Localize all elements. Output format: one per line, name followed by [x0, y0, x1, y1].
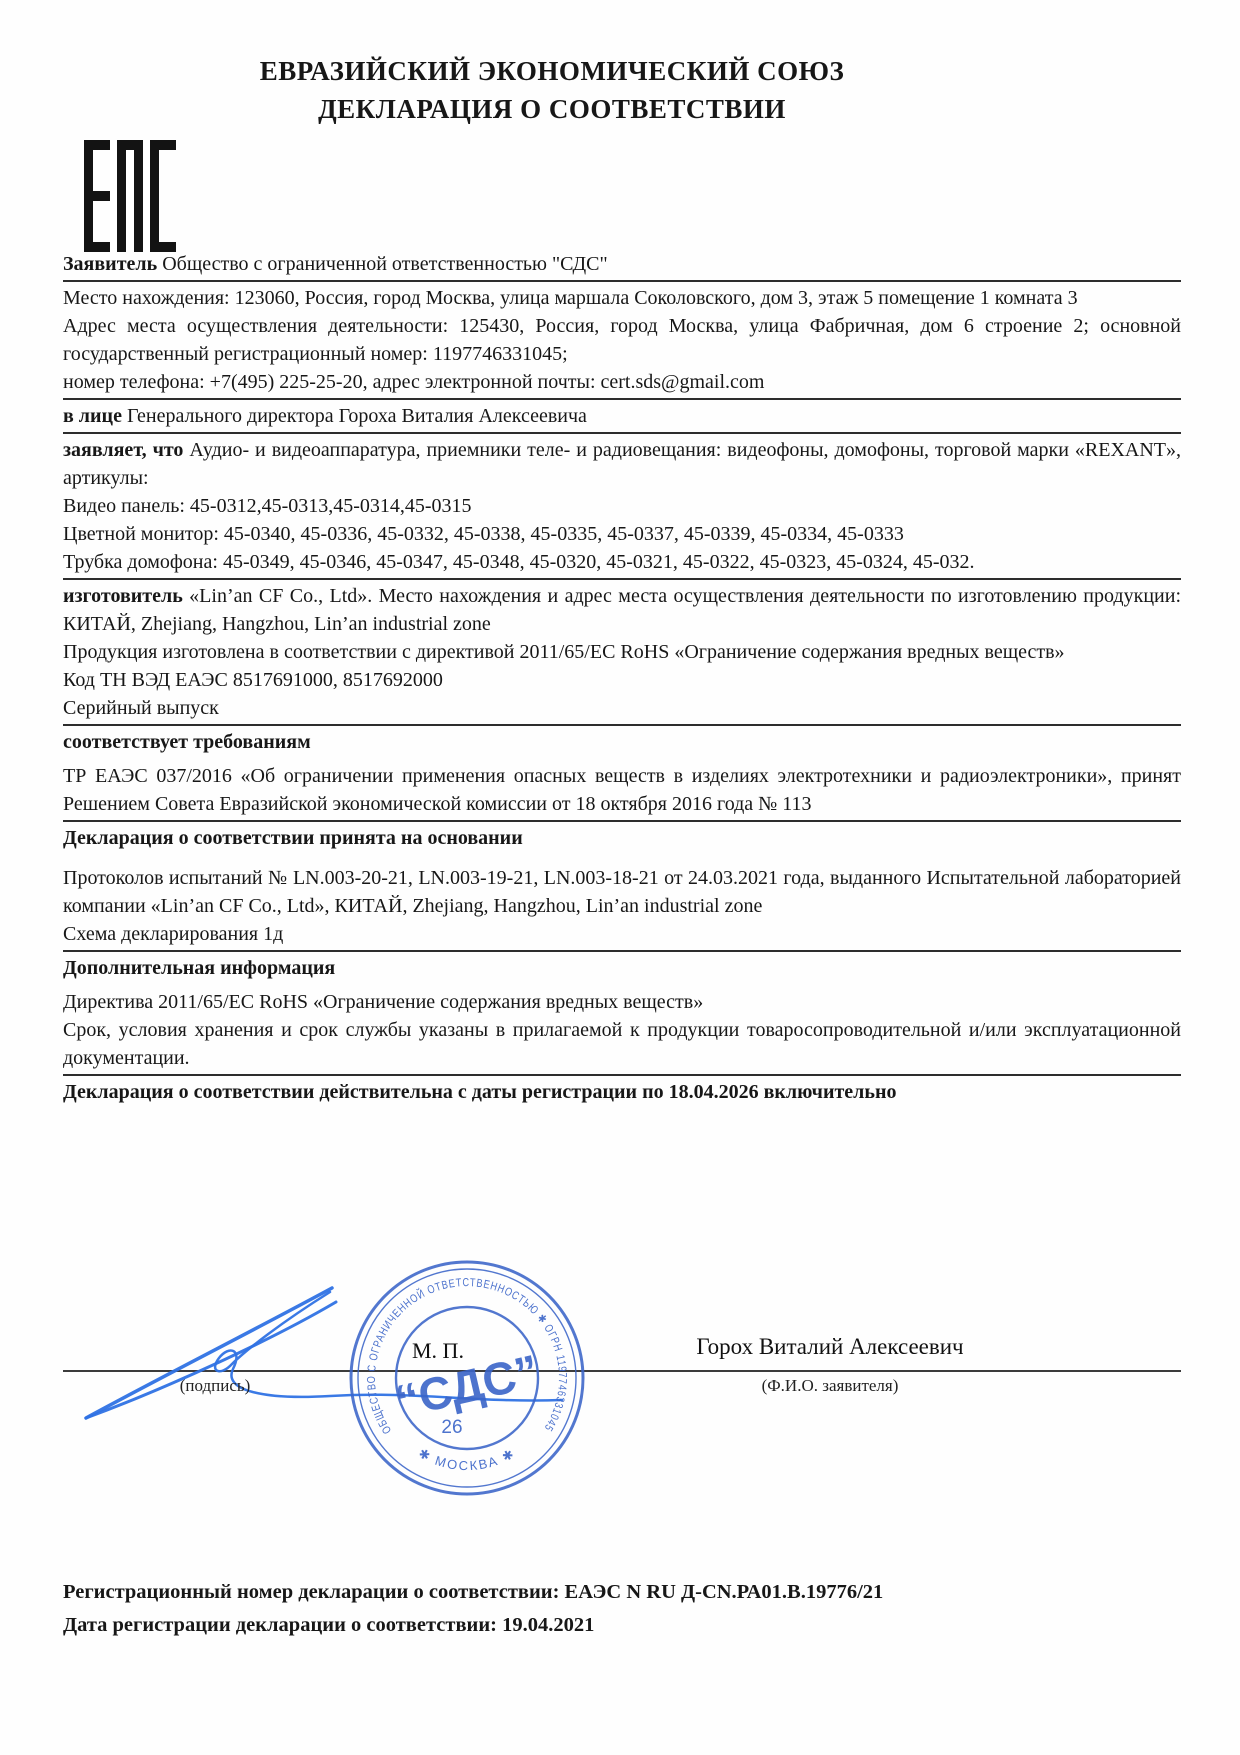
compliance-header: соответствует требованиям — [63, 728, 1181, 756]
location-block: Место нахождения: 123060, Россия, город … — [63, 284, 1181, 396]
representative-row: в лице Генерального директора Гороха Вит… — [63, 402, 1181, 430]
declaration-scheme-line: Схема декларирования 1д — [63, 920, 1181, 948]
applicant-full-name: Горох Виталий Алексеевич — [620, 1334, 1040, 1360]
representative-label: в лице — [63, 405, 122, 427]
articles-color-monitor: Цветной монитор: 45-0340, 45-0336, 45-03… — [63, 520, 1181, 548]
representative-value: Генерального директора Гороха Виталия Ал… — [127, 405, 587, 427]
rohs-directive-line: Директива 2011/65/EC RoHS «Ограничение с… — [63, 988, 1181, 1016]
section-divider — [63, 1074, 1181, 1076]
phone-email-line: номер телефона: +7(495) 225-25-20, адрес… — [63, 368, 1181, 396]
stamp-place-label: М. П. — [412, 1338, 464, 1364]
section-divider — [63, 820, 1181, 822]
compliance-text: ТР ЕАЭС 037/2016 «Об ограничении примене… — [63, 762, 1181, 818]
manufacturer-block: изготовитель «Lin’an CF Co., Ltd». Место… — [63, 582, 1181, 722]
applicant-value: Общество с ограниченной ответственностью… — [162, 253, 607, 275]
location-address: Место нахождения: 123060, Россия, город … — [63, 284, 1181, 312]
stamp-center-number: 26 — [441, 1417, 462, 1438]
registration-date-line: Дата регистрации декларации о соответств… — [63, 1609, 1183, 1642]
activity-address: Адрес места осуществления деятельности: … — [63, 312, 1181, 368]
declaration-document: ЕВРАЗИЙСКИЙ ЭКОНОМИЧЕСКИЙ СОЮЗ ДЕКЛАРАЦИ… — [0, 0, 1240, 1755]
section-divider — [63, 398, 1181, 400]
declares-intro: заявляет, что Аудио- и видеоаппаратура, … — [63, 436, 1181, 492]
document-title: ДЕКЛАРАЦИЯ О СООТВЕТСТВИИ — [0, 90, 1104, 128]
company-stamp: ОБЩЕСТВО С ОГРАНИЧЕННОЙ ОТВЕТСТВЕННОСТЬЮ… — [351, 1262, 583, 1494]
production-directive-line: Продукция изготовлена в соответствии с д… — [63, 638, 1181, 666]
tn-ved-code-line: Код ТН ВЭД ЕАЭС 8517691000, 8517692000 — [63, 666, 1181, 694]
eac-mark-logo — [84, 140, 176, 257]
compliance-block: соответствует требованиям ТР ЕАЭС 037/20… — [63, 728, 1181, 818]
section-divider — [63, 950, 1181, 952]
document-body: Заявитель Общество с ограниченной ответс… — [63, 250, 1181, 1106]
registration-number-line: Регистрационный номер декларации о соотв… — [63, 1576, 1183, 1609]
additional-info-block: Дополнительная информация Директива 2011… — [63, 954, 1181, 1072]
declares-label: заявляет, что — [63, 439, 183, 461]
signature-caption: (подпись) — [115, 1376, 315, 1396]
validity-statement: Декларация о соответствии действительна … — [63, 1078, 1181, 1106]
storage-terms-text: Срок, условия хранения и срок службы ука… — [63, 1016, 1181, 1072]
applicant-label: Заявитель — [63, 253, 157, 275]
section-divider — [63, 280, 1181, 282]
articles-handset: Трубка домофона: 45-0349, 45-0346, 45-03… — [63, 548, 1181, 576]
declares-block: заявляет, что Аудио- и видеоаппаратура, … — [63, 436, 1181, 576]
declares-text: Аудио- и видеоаппаратура, приемники теле… — [63, 439, 1181, 489]
section-divider — [63, 578, 1181, 580]
manufacturer-intro: изготовитель «Lin’an CF Co., Ltd». Место… — [63, 582, 1181, 638]
serial-release-line: Серийный выпуск — [63, 694, 1181, 722]
applicant-row: Заявитель Общество с ограниченной ответс… — [63, 250, 1181, 278]
registration-footer: Регистрационный номер декларации о соотв… — [63, 1576, 1183, 1642]
test-protocols-text: Протоколов испытаний № LN.003-20-21, LN.… — [63, 864, 1181, 920]
basis-block: Декларация о соответствии принята на осн… — [63, 824, 1181, 948]
union-title: ЕВРАЗИЙСКИЙ ЭКОНОМИЧЕСКИЙ СОЮЗ — [0, 52, 1104, 90]
basis-header: Декларация о соответствии принята на осн… — [63, 824, 1181, 852]
document-header: ЕВРАЗИЙСКИЙ ЭКОНОМИЧЕСКИЙ СОЮЗ ДЕКЛАРАЦИ… — [0, 52, 1104, 128]
full-name-caption: (Ф.И.О. заявителя) — [620, 1376, 1040, 1396]
eac-mark-icon — [84, 140, 176, 252]
additional-info-header: Дополнительная информация — [63, 954, 1181, 982]
manufacturer-label: изготовитель — [63, 585, 183, 607]
section-divider — [63, 432, 1181, 434]
section-divider — [63, 724, 1181, 726]
manufacturer-text: «Lin’an CF Co., Ltd». Место нахождения и… — [63, 585, 1181, 635]
articles-video-panel: Видео панель: 45-0312,45-0313,45-0314,45… — [63, 492, 1181, 520]
